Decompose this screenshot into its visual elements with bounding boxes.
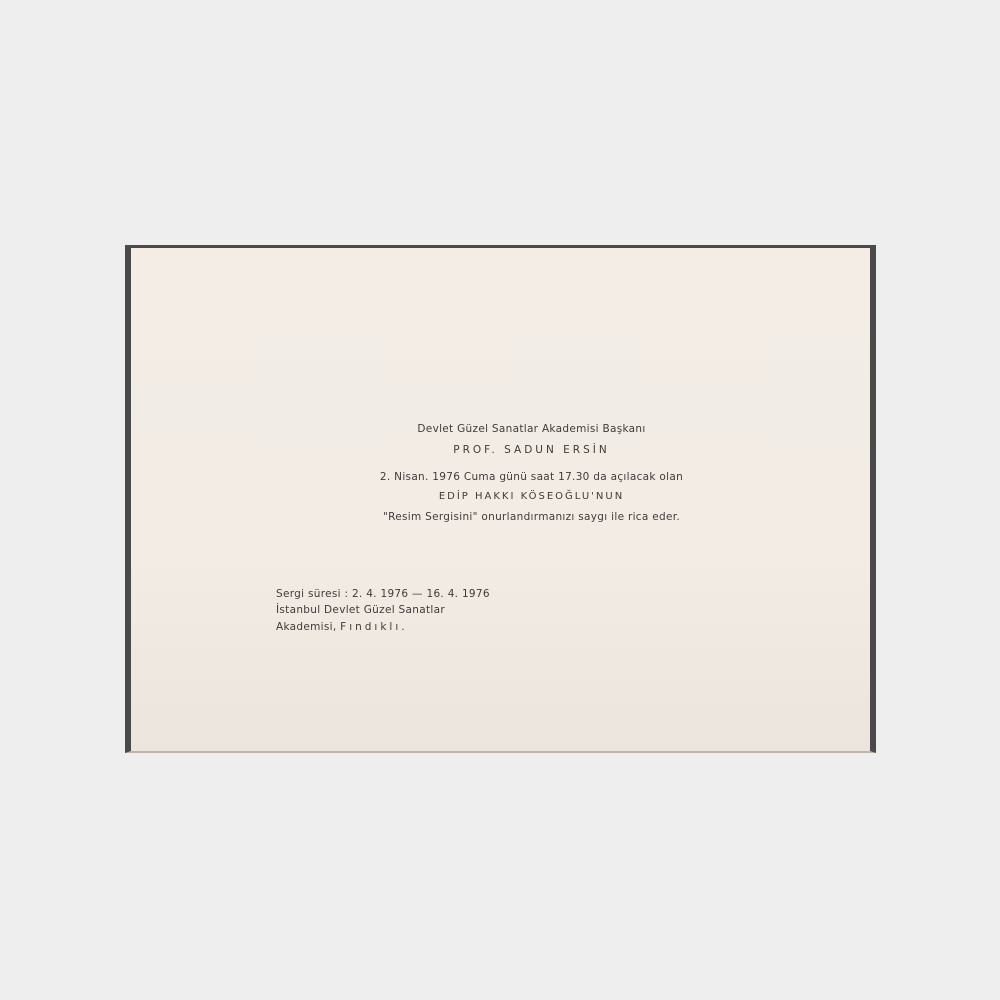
opening-line: 2. Nisan. 1976 Cuma günü saat 17.30 da a… <box>193 471 870 483</box>
artist-name: EDİP HAKKI KÖSEOĞLU'NUN <box>193 491 870 502</box>
exhibition-duration: Sergi süresi : 2. 4. 1976 — 16. 4. 1976 <box>276 588 490 600</box>
venue-prefix: Akademisi, <box>276 621 337 633</box>
venue-place: Fındıklı. <box>340 621 407 633</box>
request-line: "Resim Sergisini" onurlandırmanızı saygı… <box>193 511 870 523</box>
host-institution-title: Devlet Güzel Sanatlar Akademisi Başkanı <box>193 423 870 435</box>
venue-line-1: İstanbul Devlet Güzel Sanatlar <box>276 604 445 616</box>
host-name: PROF. SADUN ERSİN <box>193 444 870 456</box>
invitation-card: Devlet Güzel Sanatlar Akademisi Başkanı … <box>125 245 876 753</box>
venue-line-2: Akademisi, Fındıklı. <box>276 621 408 633</box>
